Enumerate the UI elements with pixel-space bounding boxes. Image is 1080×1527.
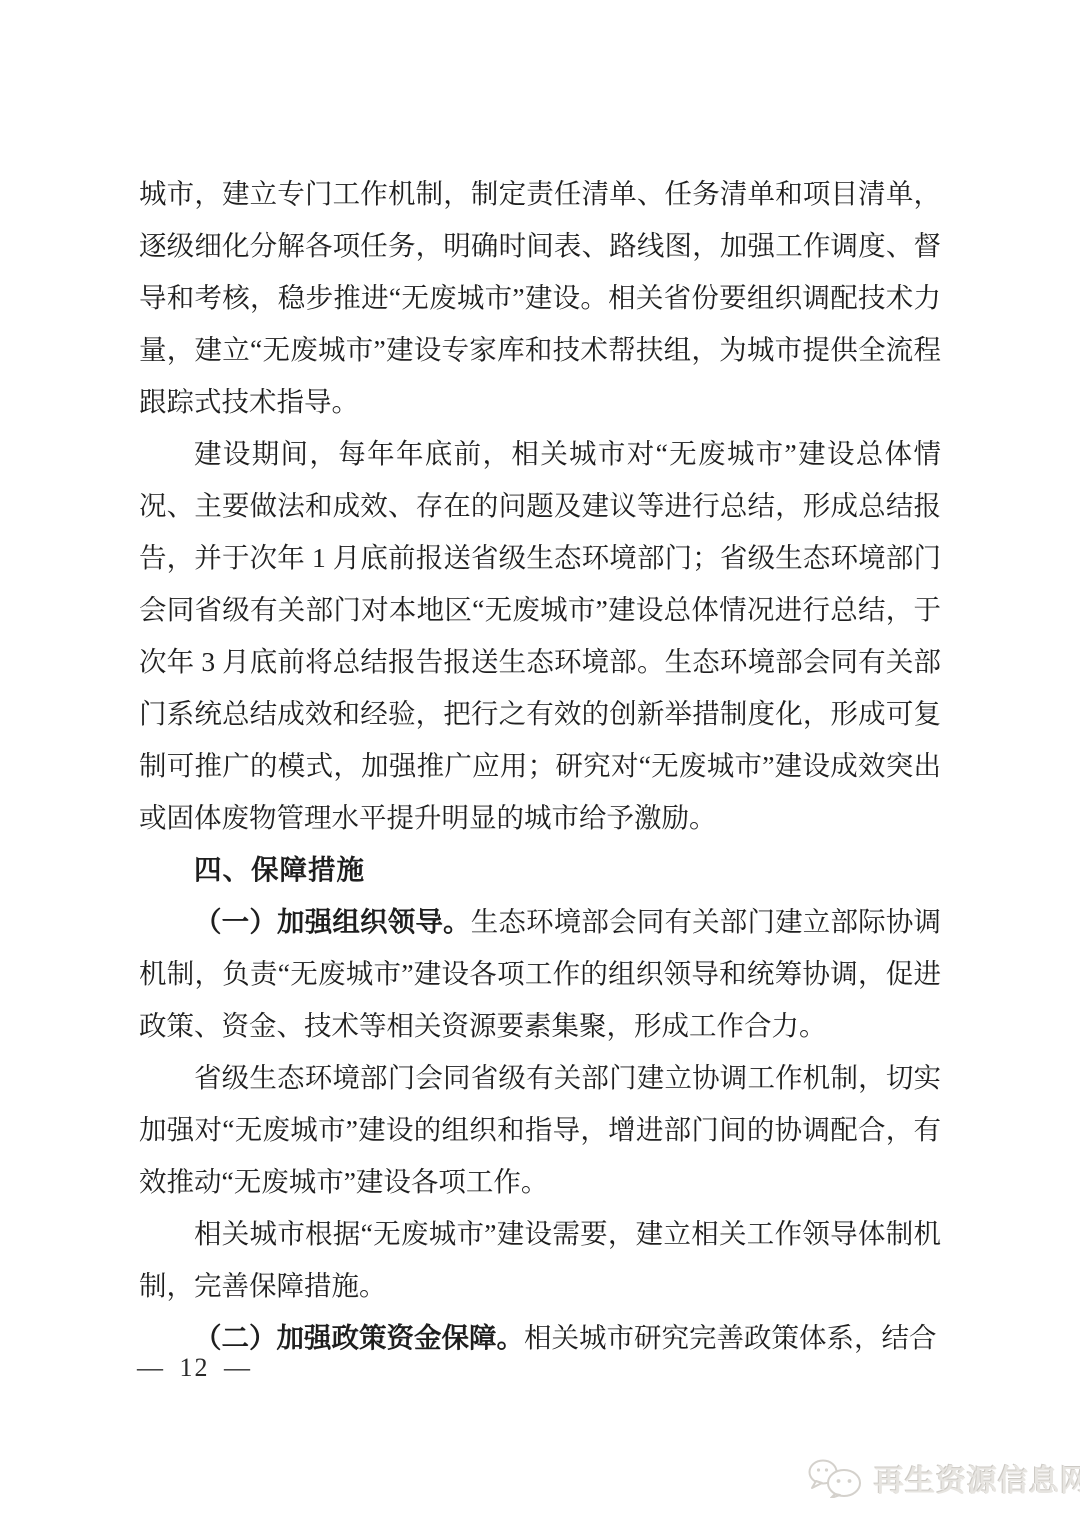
section-heading-safeguards: 四、保障措施	[139, 844, 941, 896]
watermark-text: 再生资源信息网	[874, 1456, 1080, 1500]
paragraph-provincial-coordination: 省级生态环境部门会同省级有关部门建立协调工作机制，切实加强对“无废城市”建设的组…	[139, 1052, 941, 1208]
paragraph-lead-org-leadership: （一）加强组织领导。	[194, 906, 471, 937]
page-number: — 12 —	[137, 1353, 252, 1383]
paragraph-org-leadership: （一）加强组织领导。生态环境部会同有关部门建立部际协调机制，负责“无废城市”建设…	[139, 896, 941, 1052]
paragraph-lead-policy-funding: （二）加强政策资金保障。	[194, 1322, 524, 1353]
paragraph-city-leadership: 相关城市根据“无废城市”建设需要，建立相关工作领导体制机制，完善保障措施。	[139, 1208, 941, 1312]
paragraph-body-policy-funding: 相关城市研究完善政策体系，结合	[524, 1322, 937, 1353]
document-page: 城市，建立专门工作机制，制定责任清单、任务清单和项目清单，逐级细化分解各项任务，…	[0, 0, 1080, 1527]
watermark: 再生资源信息网	[806, 1456, 1080, 1500]
paragraph-continuation: 城市，建立专门工作机制，制定责任清单、任务清单和项目清单，逐级细化分解各项任务，…	[139, 168, 941, 428]
paragraph-policy-funding: （二）加强政策资金保障。相关城市研究完善政策体系，结合	[139, 1312, 941, 1364]
paragraph-reporting: 建设期间，每年年底前，相关城市对“无废城市”建设总体情况、主要做法和成效、存在的…	[139, 428, 941, 844]
document-body: 城市，建立专门工作机制，制定责任清单、任务清单和项目清单，逐级细化分解各项任务，…	[139, 168, 941, 1364]
wechat-icon	[806, 1458, 864, 1498]
